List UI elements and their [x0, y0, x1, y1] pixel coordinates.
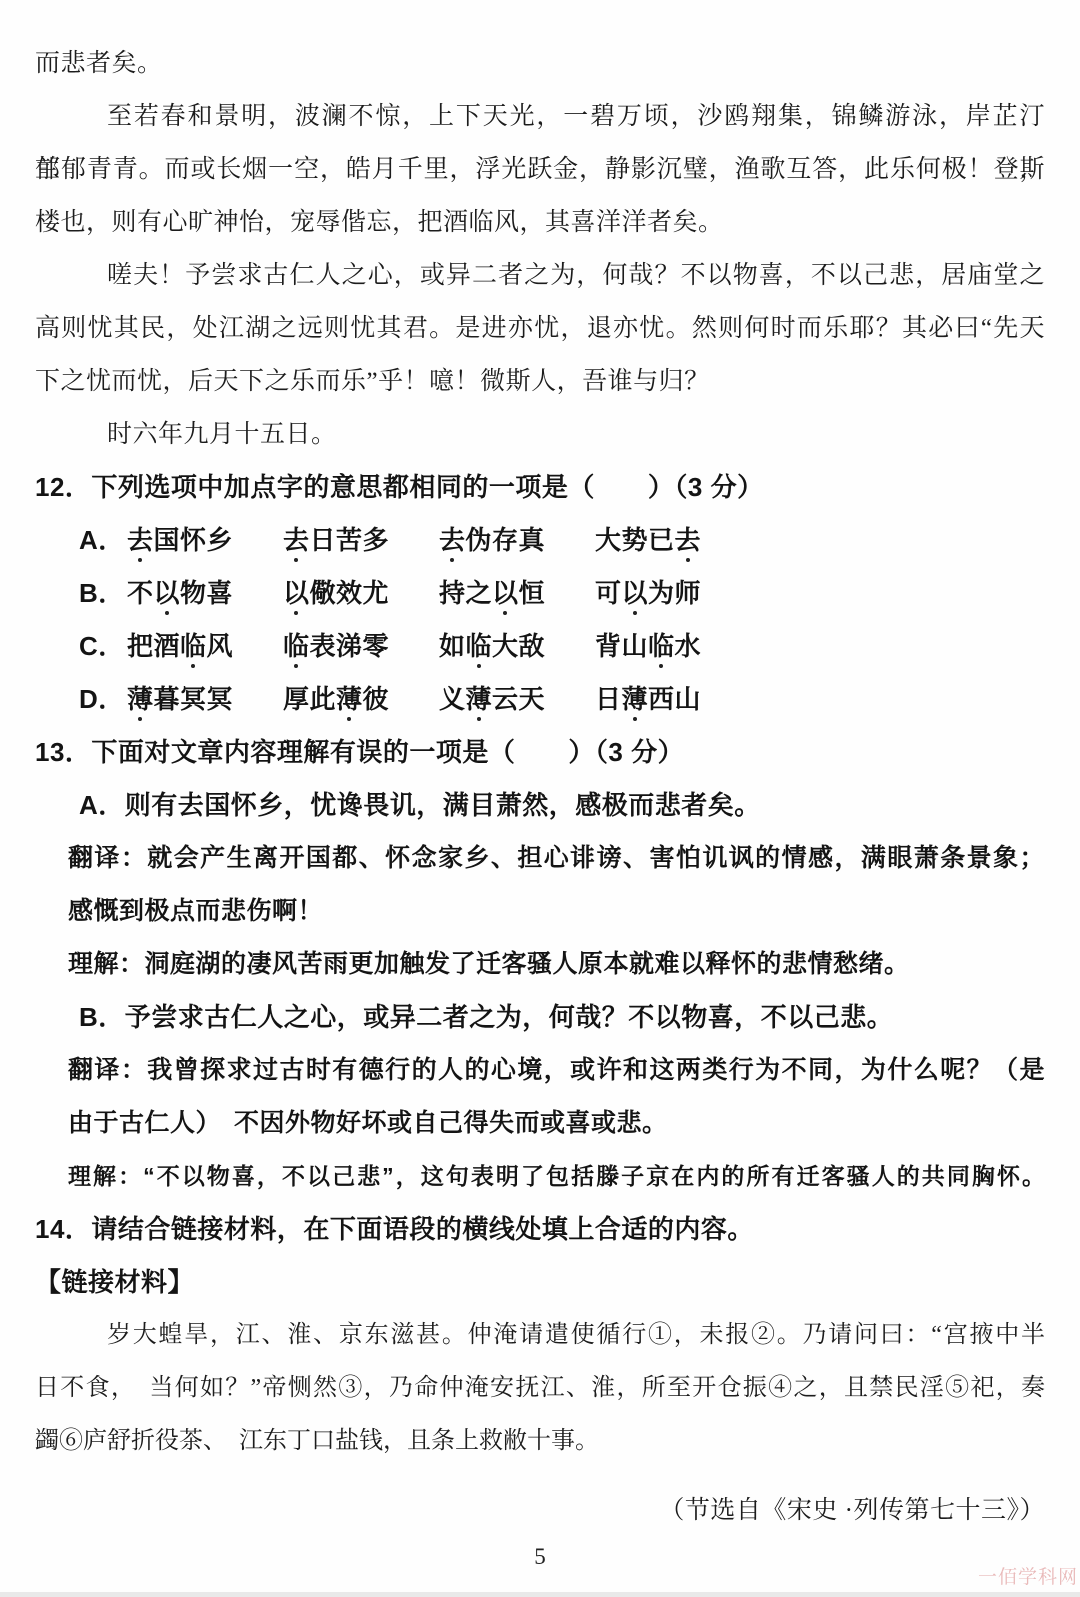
option-phrase: 义薄云天 — [439, 673, 549, 726]
passage-line-6: 高则忧其民，处江湖之远则忧其君。是进亦忧，退亦忧。然则何时而乐耶？其必曰“先天 — [35, 302, 1045, 355]
option-b-understanding: 理解：“不以物喜，不以己悲”，这句表明了包括滕子京在内的所有迁客骚人的共同胸怀。 — [35, 1150, 1045, 1203]
phrase-text: 背山 — [595, 631, 648, 661]
source-attribution: （节选自《宋史 ·列传第七十三》） — [35, 1484, 1045, 1537]
phrase-text: 表涕零 — [310, 631, 390, 661]
dotted-char: 以 — [154, 578, 181, 608]
dotted-char: 以 — [622, 578, 649, 608]
question-13-option-b: B．予尝求古仁人之心，或异二者之为，何哉？不以物喜，不以己悲。 — [35, 991, 1045, 1044]
option-label: A． — [79, 514, 127, 567]
question-12-stem: 12．下列选项中加点字的意思都相同的一项是（ ）（3 分） — [35, 461, 1045, 514]
passage-line-8: 时六年九月十五日。 — [35, 408, 1045, 461]
question-12-option-a: A． 去国怀乡 去日苦多 去伪存真 大势已去 — [35, 514, 1045, 567]
exam-page: 而悲者矣。 至若春和景明，波澜不惊，上下天光，一碧万顷，沙鸥翔集，锦鳞游泳，岸芷… — [0, 0, 1080, 1577]
dotted-char: 去 — [127, 525, 154, 555]
option-phrase: 厚此薄彼 — [283, 673, 393, 726]
option-phrase: 如临大敌 — [439, 620, 549, 673]
passage-line-7: 下之忧而忧，后天下之乐而乐”乎！噫！微斯人，吾谁与归？ — [35, 355, 1045, 408]
question-12-option-d: D． 薄暮冥冥 厚此薄彼 义薄云天 日薄西山 — [35, 673, 1045, 726]
passage-line-3: 郁郁青青。而或长烟一空，皓月千里，浮光跃金，静影沉璧，渔歌互答，此乐何极！登斯 — [35, 143, 1045, 196]
link-material-line-3: 蠲⑥庐舒折役茶、 江东丁口盐钱，且条上救敝十事。 — [35, 1415, 1045, 1468]
link-material-line-2: 日不食， 当何如？”帝恻然③，乃命仲淹安抚江、淮，所至开仓振④之，且禁民淫⑤祀，… — [35, 1362, 1045, 1415]
phrase-text: 彼 — [363, 684, 390, 714]
option-label: C． — [79, 620, 127, 673]
phrase-text: 为师 — [648, 578, 701, 608]
option-label: D． — [79, 673, 127, 726]
phrase-text: 日苦多 — [310, 525, 390, 555]
dotted-char: 临 — [466, 631, 493, 661]
question-12: 12．下列选项中加点字的意思都相同的一项是（ ）（3 分） A． 去国怀乡 去日… — [35, 461, 1045, 726]
dotted-char: 薄 — [127, 684, 154, 714]
option-phrase: 背山临水 — [595, 620, 705, 673]
option-phrase: 去日苦多 — [283, 514, 393, 567]
option-phrase: 大势已去 — [595, 514, 705, 567]
passage-yueyanglou: 而悲者矣。 至若春和景明，波澜不惊，上下天光，一碧万顷，沙鸥翔集，锦鳞游泳，岸芷… — [35, 37, 1045, 461]
phrase-text: 持之 — [439, 578, 492, 608]
phrase-text: 不 — [127, 578, 154, 608]
dotted-char: 薄 — [622, 684, 649, 714]
dotted-char: 临 — [648, 631, 675, 661]
option-phrase: 以儆效尤 — [283, 567, 393, 620]
phrase-text: 风 — [207, 631, 234, 661]
option-a-translation-line-1: 翻译：就会产生离开国都、怀念家乡、担心诽谤、害怕讥讽的情感，满眼萧条景象； — [35, 832, 1045, 885]
phrase-text: 大势已 — [595, 525, 675, 555]
phrase-text: 国怀乡 — [154, 525, 234, 555]
option-phrase: 去伪存真 — [439, 514, 549, 567]
question-13: 13．下面对文章内容理解有误的一项是（ ）（3 分） A．则有去国怀乡，忧谗畏讥… — [35, 726, 1045, 1203]
phrase-text: 暮冥冥 — [154, 684, 234, 714]
option-a-understanding: 理解：洞庭湖的凄风苦雨更加触发了迁客骚人原本就难以释怀的悲情愁绪。 — [35, 938, 1045, 991]
phrase-text: 恒 — [519, 578, 546, 608]
phrase-text: 水 — [675, 631, 702, 661]
option-a-translation-line-2: 感慨到极点而悲伤啊！ — [35, 885, 1045, 938]
dotted-char: 以 — [492, 578, 519, 608]
option-label: B． — [79, 567, 127, 620]
phrase-text: 把酒 — [127, 631, 180, 661]
passage-line-5: 嗟夫！予尝求古仁人之心，或异二者之为，何哉？不以物喜，不以己悲，居庙堂之 — [35, 249, 1045, 302]
page-number: 5 — [35, 1537, 1045, 1577]
option-phrase: 把酒临风 — [127, 620, 237, 673]
phrase-text: 大敌 — [492, 631, 545, 661]
option-b-translation-line-2: 由于古仁人） 不因外物好坏或自己得失而或喜或悲。 — [35, 1097, 1045, 1150]
question-13-stem: 13．下面对文章内容理解有误的一项是（ ）（3 分） — [35, 726, 1045, 779]
phrase-text: 日 — [595, 684, 622, 714]
dotted-char: 以 — [283, 578, 310, 608]
question-12-option-b: B． 不以物喜 以儆效尤 持之以恒 可以为师 — [35, 567, 1045, 620]
phrase-text: 物喜 — [180, 578, 233, 608]
dotted-char: 薄 — [466, 684, 493, 714]
option-phrase: 日薄西山 — [595, 673, 705, 726]
phrase-text: 儆效尤 — [310, 578, 390, 608]
dotted-char: 薄 — [336, 684, 363, 714]
phrase-text: 义 — [439, 684, 466, 714]
option-phrase: 可以为师 — [595, 567, 705, 620]
option-b-translation-line-1: 翻译：我曾探求过古时有德行的人的心境，或许和这两类行为不同，为什么呢？（是 — [35, 1044, 1045, 1097]
phrase-text: 伪存真 — [466, 525, 546, 555]
passage-line-2: 至若春和景明，波澜不惊，上下天光，一碧万顷，沙鸥翔集，锦鳞游泳，岸芷汀兰， — [35, 90, 1045, 143]
phrase-text: 西山 — [648, 684, 701, 714]
option-phrase: 去国怀乡 — [127, 514, 237, 567]
phrase-text: 如 — [439, 631, 466, 661]
question-14-stem: 14．请结合链接材料，在下面语段的横线处填上合适的内容。 — [35, 1203, 1045, 1256]
passage-line-4: 楼也，则有心旷神怡，宠辱偕忘，把酒临风，其喜洋洋者矣。 — [35, 196, 1045, 249]
question-13-option-a: A．则有去国怀乡，忧谗畏讥，满目萧然，感极而悲者矣。 — [35, 779, 1045, 832]
option-phrase: 薄暮冥冥 — [127, 673, 237, 726]
watermark: 一佰学科网 — [978, 1562, 1078, 1589]
dotted-char: 去 — [675, 525, 702, 555]
option-phrase: 持之以恒 — [439, 567, 549, 620]
link-material-heading: 【链接材料】 — [35, 1256, 1045, 1309]
dotted-char: 去 — [283, 525, 310, 555]
question-12-option-c: C． 把酒临风 临表涕零 如临大敌 背山临水 — [35, 620, 1045, 673]
option-phrase: 临表涕零 — [283, 620, 393, 673]
dotted-char: 去 — [439, 525, 466, 555]
phrase-text: 厚此 — [283, 684, 336, 714]
dotted-char: 临 — [180, 631, 207, 661]
dotted-char: 临 — [283, 631, 310, 661]
question-14: 14．请结合链接材料，在下面语段的横线处填上合适的内容。 【链接材料】 岁大蝗旱… — [35, 1203, 1045, 1537]
phrase-text: 可 — [595, 578, 622, 608]
phrase-text: 云天 — [492, 684, 545, 714]
link-material-line-1: 岁大蝗旱，江、淮、京东滋甚。仲淹请遣使循行①，未报②。乃请问曰：“宫掖中半 — [35, 1309, 1045, 1362]
passage-line-1: 而悲者矣。 — [35, 37, 1045, 90]
option-phrase: 不以物喜 — [127, 567, 237, 620]
scan-edge-band — [0, 1592, 1080, 1597]
